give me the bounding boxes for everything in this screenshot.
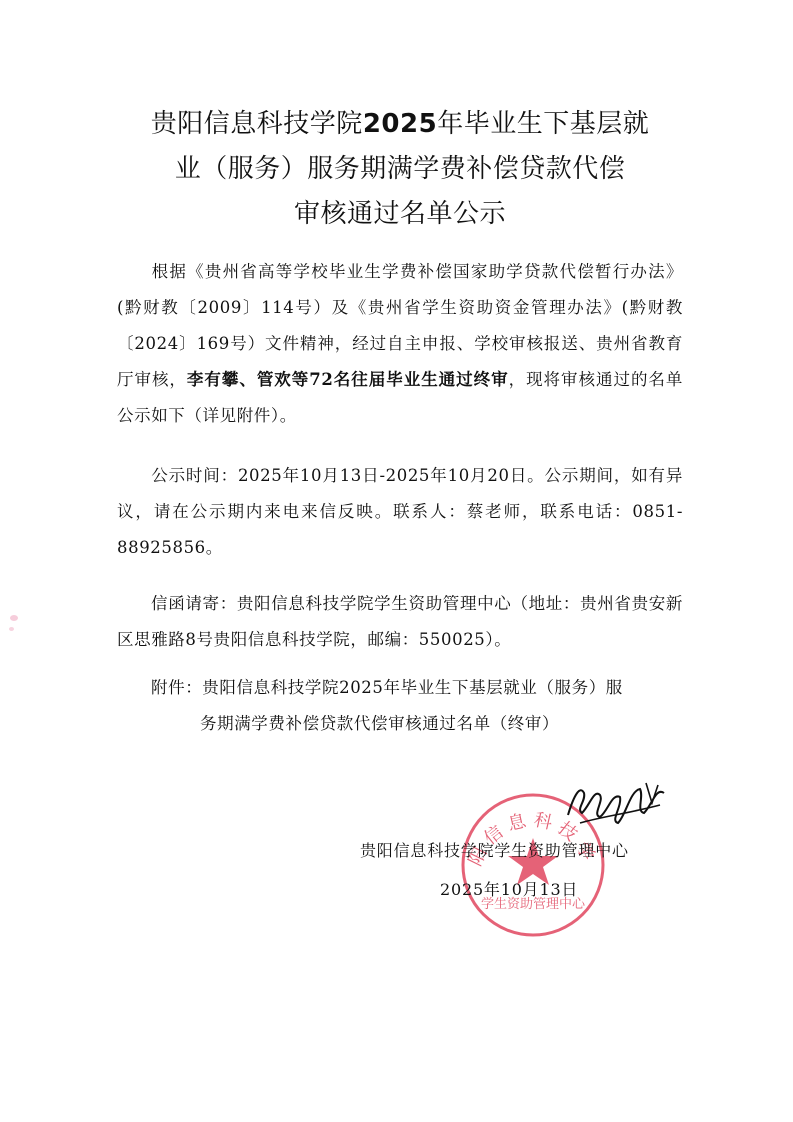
title-line-3: 审核通过名单公示 <box>100 192 700 237</box>
issue-date: 2025年10月13日 <box>440 877 578 900</box>
title-year: 2025 <box>363 109 437 139</box>
highlight-text: 李有攀、管欢等72名往届毕业生通过终审 <box>187 370 509 389</box>
paragraph-notice-period: 公示时间：2025年10月13日-2025年10月20日。公示期间，如有异议，请… <box>117 458 683 566</box>
title-line-1: 贵阳信息科技学院2025年毕业生下基层就 <box>100 102 700 147</box>
scan-speck <box>10 615 18 621</box>
paragraph-text: 公示时间：2025年10月13日-2025年10月20日。公示期间，如有异议，请… <box>117 466 683 557</box>
attachment-line-2: 务期满学费补偿贷款代偿审核通过名单（终审） <box>200 706 700 742</box>
paragraph-attachment: 附件：贵阳信息科技学院2025年毕业生下基层就业（服务）服 <box>117 670 683 706</box>
title-line-2: 业（服务）服务期满学费补偿贷款代偿 <box>100 147 700 192</box>
title-text: 年毕业生下基层就 <box>437 109 649 139</box>
paragraph-basis: 根据《贵州省高等学校毕业生学费补偿国家助学贷款代偿暂行办法》(黔财教〔2009〕… <box>117 254 683 434</box>
paragraph-text: 信函请寄：贵阳信息科技学院学生资助管理中心（地址：贵州省贵安新区思雅路8号贵阳信… <box>117 594 683 649</box>
document-title: 贵阳信息科技学院2025年毕业生下基层就 业（服务）服务期满学费补偿贷款代偿 审… <box>100 102 700 237</box>
paragraph-text: 附件：贵阳信息科技学院2025年毕业生下基层就业（服务）服 <box>151 678 623 697</box>
title-text: 贵阳信息科技学院 <box>151 109 363 139</box>
issuing-organization: 贵阳信息科技学院学生资助管理中心 <box>360 838 629 861</box>
handwritten-signature-icon <box>560 775 670 835</box>
scan-speck <box>9 627 14 631</box>
document-page: 贵阳信息科技学院2025年毕业生下基层就 业（服务）服务期满学费补偿贷款代偿 审… <box>0 0 793 1122</box>
paragraph-mail-address: 信函请寄：贵阳信息科技学院学生资助管理中心（地址：贵州省贵安新区思雅路8号贵阳信… <box>117 586 683 658</box>
